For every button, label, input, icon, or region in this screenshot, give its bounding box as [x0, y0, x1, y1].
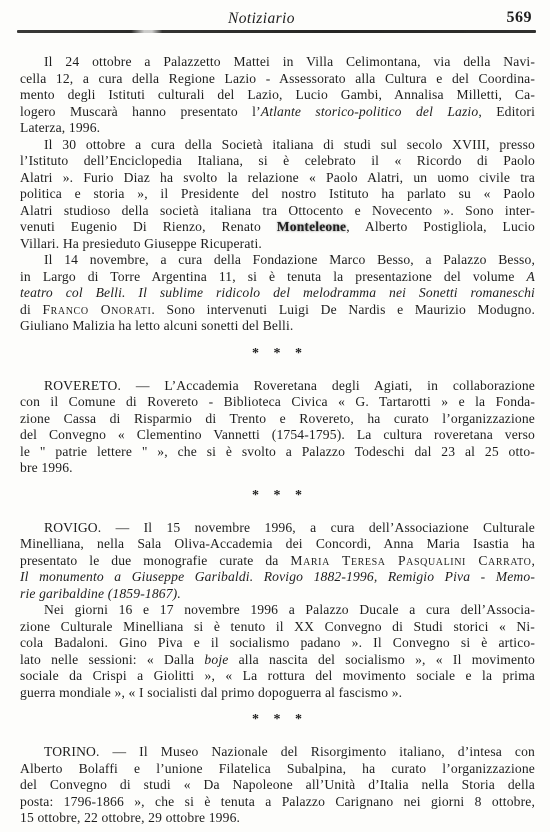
text-segment: venuti Eugenio Di Rienzo, Renato [20, 219, 277, 234]
text-segment: logero Muscarà hanno presentato l’ [20, 104, 261, 119]
text-line: cella 12, a cura della Regione Lazio - A… [20, 71, 535, 88]
text-line: mento degli Istituti culturali del Lazio… [20, 87, 535, 104]
paragraph: Il 14 novembre, a cura della Fondazione … [20, 252, 535, 335]
text-segment: presentato le due monografie curate da [20, 553, 290, 568]
text-line: Giuliano Malizia ha letto alcuni sonetti… [20, 318, 535, 335]
text-segment: alla nascita del socialismo », « Il movi… [228, 652, 535, 667]
text-line: le " patrie lettere " », che si è svolto… [20, 444, 535, 461]
text-segment: zione Cassa di Risparmio di Trento e Rov… [20, 411, 535, 426]
text-line: con il Comune di Rovereto - Biblioteca C… [20, 394, 535, 411]
text-segment: del Convegno di studi « Da Napoleone all… [20, 777, 535, 792]
text-segment: 15 ottobre, 22 ottobre, 29 ottobre 1996. [20, 810, 240, 825]
text-segment: A [527, 269, 535, 284]
page-header-row: Notiziario 569 [0, 10, 550, 29]
text-segment: , Alberto Postigliola, Lucio [346, 219, 535, 234]
text-segment: del Convegno « Clementino Vannetti (1754… [20, 427, 535, 442]
page-number: 569 [507, 9, 533, 27]
text-line: venuti Eugenio Di Rienzo, Renato Montele… [20, 219, 535, 236]
text-line: sociale da Crispi a Giolitti », « La rot… [20, 668, 535, 685]
text-segment: sociale da Crispi a Giolitti », « La rot… [20, 668, 535, 683]
text-segment: Alatri studioso della società italiana t… [20, 203, 535, 218]
text-line: presentato le due monografie curate da M… [20, 553, 535, 570]
text-line: Nei giorni 16 e 17 novembre 1996 a Palaz… [20, 602, 535, 619]
content: Il 24 ottobre a Palazzetto Mattei in Vil… [20, 54, 535, 827]
text-segment: TORINO. — Il Museo Nazionale del Risorgi… [44, 744, 535, 759]
paragraph: Il 24 ottobre a Palazzetto Mattei in Vil… [20, 54, 535, 137]
text-line: Alatri ». Furio Diaz ha svolto la relazi… [20, 170, 535, 187]
text-segment: ROVIGO. — Il 15 novembre 1996, a cura de… [44, 520, 535, 535]
text-line: Minelliana, nella Sala Oliva-Accademia d… [20, 536, 535, 553]
text-line: Il 24 ottobre a Palazzetto Mattei in Vil… [20, 54, 535, 71]
text-segment: Villari. Ha presieduto Giuseppe Ricupera… [20, 236, 262, 251]
page-header-title: Notiziario [228, 10, 295, 28]
text-line: rie garibaldine (1859-1867). [20, 586, 535, 603]
text-segment: mento degli Istituti culturali del Lazio… [20, 87, 535, 102]
text-segment: Atlante storico-politico del Lazio [261, 104, 479, 119]
text-segment: guerra mondiale », « I socialisti dal pr… [20, 685, 402, 700]
text-line: cola Badaloni. Gino Piva e il socialismo… [20, 635, 535, 652]
text-segment: Alberto Bolaffi e l’unione Filatelica Su… [20, 761, 535, 776]
text-segment: boje [204, 652, 228, 667]
paragraph: TORINO. — Il Museo Nazionale del Risorgi… [20, 744, 535, 827]
text-segment: cella 12, a cura della Regione Lazio - A… [20, 71, 535, 86]
paragraph: Il 30 ottobre a cura della Società itali… [20, 137, 535, 253]
text-segment: zione Culturale Minelliana si è tenuto i… [20, 619, 535, 634]
text-line: lato nelle sessioni: « Dalla boje alla n… [20, 652, 535, 669]
text-line: 15 ottobre, 22 ottobre, 29 ottobre 1996. [20, 810, 535, 827]
text-line: zione Culturale Minelliana si è tenuto i… [20, 619, 535, 636]
text-segment: con il Comune di Rovereto - Biblioteca C… [20, 394, 535, 409]
text-segment: le " patrie lettere " », che si è svolto… [20, 444, 535, 459]
text-segment: Laterza, 1996. [20, 120, 100, 135]
text-segment: posta: 1796-1866 », che si è tenuta a Pa… [20, 794, 535, 809]
text-segment: Giuliano Malizia ha letto alcuni sonetti… [20, 318, 293, 333]
text-line: teatro col Belli. Il sublime ridicolo de… [20, 285, 535, 302]
paragraph: Nei giorni 16 e 17 novembre 1996 a Palaz… [20, 602, 535, 701]
text-segment: di [20, 302, 42, 317]
section-separator: * * * [20, 713, 535, 726]
text-segment: rie garibaldine (1859-1867). [20, 586, 181, 601]
text-line: Alberto Bolaffi e l’unione Filatelica Su… [20, 761, 535, 778]
paragraph: ROVERETO. — L’Accademia Roveretana degli… [20, 378, 535, 477]
text-segment: Minelliana, nella Sala Oliva-Accademia d… [20, 536, 535, 551]
text-segment: in Largo di Torre Argentina 11, si è ten… [20, 269, 527, 284]
text-line: Il monumento a Giuseppe Garibaldi. Rovig… [20, 569, 535, 586]
text-segment: Il 30 ottobre a cura della Società itali… [44, 137, 535, 152]
paragraph: ROVIGO. — Il 15 novembre 1996, a cura de… [20, 520, 535, 603]
text-segment: Il 24 ottobre a Palazzetto Mattei in Vil… [44, 54, 535, 69]
text-segment: Alatri ». Furio Diaz ha svolto la relazi… [20, 170, 535, 185]
text-line: Laterza, 1996. [20, 120, 535, 137]
text-line: Villari. Ha presieduto Giuseppe Ricupera… [20, 236, 535, 253]
text-segment: politica e storia », il Presidente del n… [20, 186, 535, 201]
section-separator: * * * [20, 347, 535, 360]
text-line: ROVIGO. — Il 15 novembre 1996, a cura de… [20, 520, 535, 537]
text-line: TORINO. — Il Museo Nazionale del Risorgi… [20, 744, 535, 761]
text-line: in Largo di Torre Argentina 11, si è ten… [20, 269, 535, 286]
text-segment: cola Badaloni. Gino Piva e il socialismo… [20, 635, 535, 650]
text-segment: . Sono intervenuti Luigi De Nardis e Mau… [151, 302, 535, 317]
text-line: l’Istituto dell’Enciclopedia Italiana, s… [20, 153, 535, 170]
text-line: del Convegno di studi « Da Napoleone all… [20, 777, 535, 794]
text-segment: Maria Teresa Pasqualini Carrato [290, 553, 531, 568]
page-header: Notiziario 569 [0, 0, 550, 33]
text-segment: Il 14 novembre, a cura della Fondazione … [44, 252, 535, 267]
text-line: ROVERETO. — L’Accademia Roveretana degli… [20, 378, 535, 395]
text-segment: Franco Onorati [42, 302, 151, 317]
text-line: del Convegno « Clementino Vannetti (1754… [20, 427, 535, 444]
text-segment: , [531, 553, 535, 568]
text-line: politica e storia », il Presidente del n… [20, 186, 535, 203]
text-segment: Monteleone [277, 219, 346, 234]
text-segment: l’Istituto dell’Enciclopedia Italiana, s… [20, 153, 535, 168]
text-segment: bre 1996. [20, 460, 73, 475]
text-line: Il 30 ottobre a cura della Società itali… [20, 137, 535, 154]
text-line: bre 1996. [20, 460, 535, 477]
text-line: logero Muscarà hanno presentato l’Atlant… [20, 104, 535, 121]
text-line: Alatri studioso della società italiana t… [20, 203, 535, 220]
header-rule [17, 30, 536, 33]
text-segment: , Editori [478, 104, 535, 119]
text-line: Il 14 novembre, a cura della Fondazione … [20, 252, 535, 269]
text-segment: ROVERETO. — L’Accademia Roveretana degli… [44, 378, 535, 393]
text-line: guerra mondiale », « I socialisti dal pr… [20, 685, 535, 702]
text-segment: Il monumento a Giuseppe Garibaldi. Rovig… [20, 569, 535, 584]
section-separator: * * * [20, 489, 535, 502]
text-line: posta: 1796-1866 », che si è tenuta a Pa… [20, 794, 535, 811]
scanned-journal-page: Notiziario 569 Il 24 ottobre a Palazzett… [0, 0, 550, 832]
text-segment: lato nelle sessioni: « Dalla [20, 652, 204, 667]
text-segment: Nei giorni 16 e 17 novembre 1996 a Palaz… [44, 602, 535, 617]
text-line: di Franco Onorati. Sono intervenuti Luig… [20, 302, 535, 319]
text-line: zione Cassa di Risparmio di Trento e Rov… [20, 411, 535, 428]
text-segment: teatro col Belli. Il sublime ridicolo de… [20, 285, 535, 300]
